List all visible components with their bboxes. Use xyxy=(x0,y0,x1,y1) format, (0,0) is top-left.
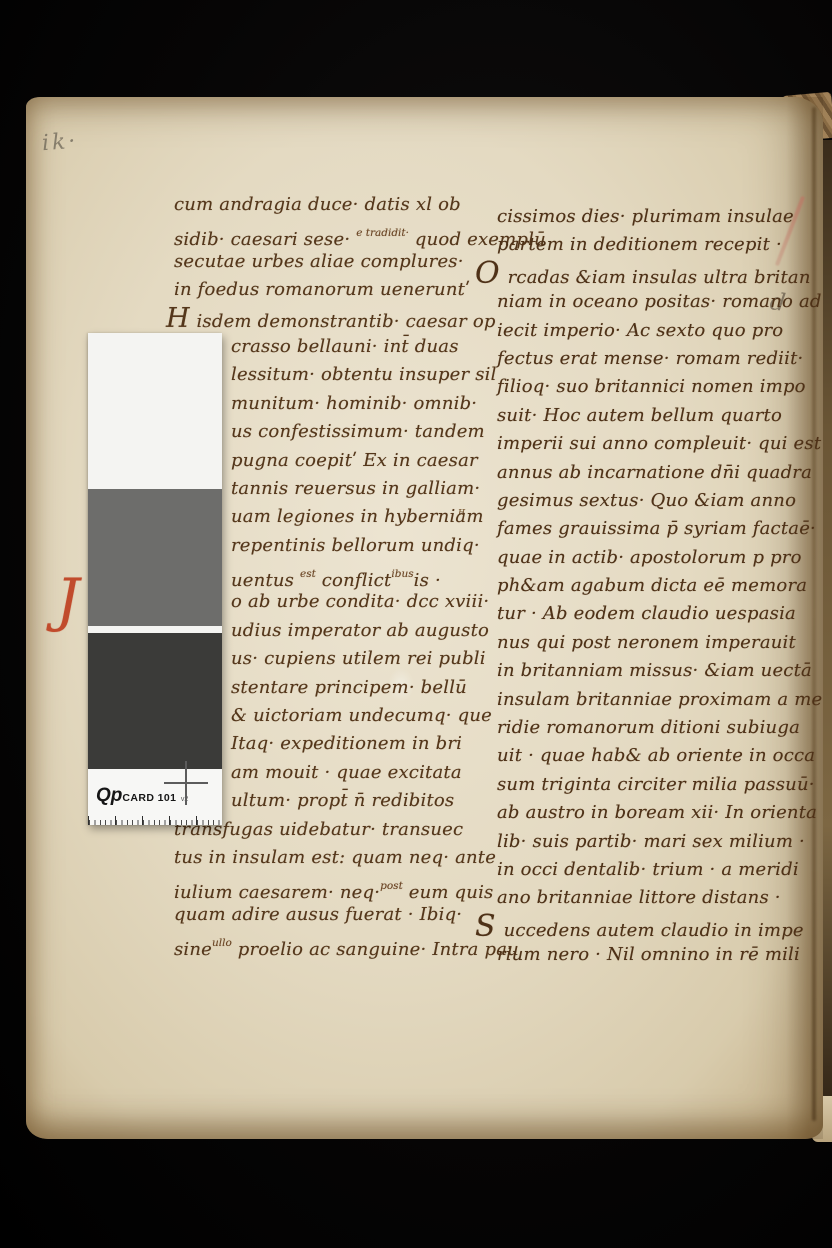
manuscript-line: lib· suis partib· mari sex milium · xyxy=(497,828,832,856)
manuscript-line: ph&am agabum dicta eē memora xyxy=(497,572,832,600)
manuscript-line: tur · Ab eodem claudio uespasia xyxy=(497,600,832,628)
manuscript-line: uit · quae hab& ab oriente in occa xyxy=(497,742,832,770)
card-gray-patch xyxy=(88,489,222,626)
manuscript-line: sidib· caesari sese· e tradidit· quod ex… xyxy=(174,219,476,247)
manuscript-line: sum triginta circiter milia passuū· xyxy=(497,771,832,799)
manuscript-line: secutae urbes aliae complures· xyxy=(174,248,476,276)
manuscript-line: ano britanniae littore distans · xyxy=(497,884,832,912)
manuscript-line: in foedus romanorum ueneruntʹ xyxy=(174,276,476,304)
manuscript-line: fectus erat mense· romam rediit· xyxy=(497,345,832,373)
rubricated-initial: J xyxy=(56,566,79,634)
manuscript-line: rium nero · Nil omnino in rē mili xyxy=(497,941,832,969)
manuscript-line: iecit imperio· Ac sexto quo pro xyxy=(497,317,832,345)
manuscript-line: nus qui post neronem imperauit xyxy=(497,629,832,657)
manuscript-line: suit· Hoc autem bellum quarto xyxy=(497,402,832,430)
manuscript-line: fames grauissima p̄ syriam factaē· xyxy=(497,515,832,543)
manuscript-line: annus ab incarnatione dn̄i quadra xyxy=(497,459,832,487)
manuscript-photograph: ik· J ʜ d cum andragia duce· datis xl ob… xyxy=(0,0,832,1248)
manuscript-line: sineullo proelio ac sanguine· Intra pau xyxy=(174,929,476,957)
manuscript-line: quae in actib· apostolorum p pro xyxy=(497,544,832,572)
manuscript-line: ab austro in boream xii· In orienta xyxy=(497,799,832,827)
pencil-shelfmark-note: ik· xyxy=(41,129,79,156)
manuscript-line: in britanniam missus· &iam uectā xyxy=(497,657,832,685)
manuscript-line: iulium caesarem· neq·post eum quis xyxy=(174,872,476,900)
card-patch-divider xyxy=(88,626,222,633)
manuscript-line: H isdem demonstrantib· caesar op xyxy=(174,305,476,333)
card-dark-patch xyxy=(88,633,222,769)
manuscript-line: Orcadas &iam insulas ultra britan xyxy=(497,260,832,288)
card-brand-logo: Qp xyxy=(96,785,122,806)
manuscript-line: gesimus sextus· Quo &iam anno xyxy=(497,487,832,515)
manuscript-line: partem in deditionem recepit · xyxy=(497,231,832,259)
manuscript-line: cum andragia duce· datis xl ob xyxy=(174,191,476,219)
manuscript-line: cissimos dies· plurimam insulae xyxy=(497,203,832,231)
text-column-right: cissimos dies· plurimam insulaepartem in… xyxy=(477,203,832,970)
manuscript-line: quam adire ausus fuerat · Ibiq· xyxy=(174,901,476,929)
color-calibration-card: QpCARD 101 v2 xyxy=(88,333,222,825)
manuscript-line: filioq· suo britannici nomen impo xyxy=(497,373,832,401)
card-ruler-scale xyxy=(88,816,222,825)
card-label-area: QpCARD 101 v2 xyxy=(88,769,222,825)
manuscript-line: niam in oceano positas· romano ad xyxy=(497,288,832,316)
manuscript-line: in occi dentalib· trium · a meridi xyxy=(497,856,832,884)
manuscript-line: insulam britanniae proximam a me xyxy=(497,686,832,714)
manuscript-line: imperii sui anno compleuit· qui est xyxy=(497,430,832,458)
manuscript-line: Succedens autem claudio in impe xyxy=(497,913,832,941)
manuscript-line: ridie romanorum ditioni subiuga xyxy=(497,714,832,742)
card-white-patch xyxy=(88,333,222,489)
manuscript-line: tus in insulam est: quam neq· ante xyxy=(174,844,476,872)
registration-crosshair-icon xyxy=(164,761,208,805)
